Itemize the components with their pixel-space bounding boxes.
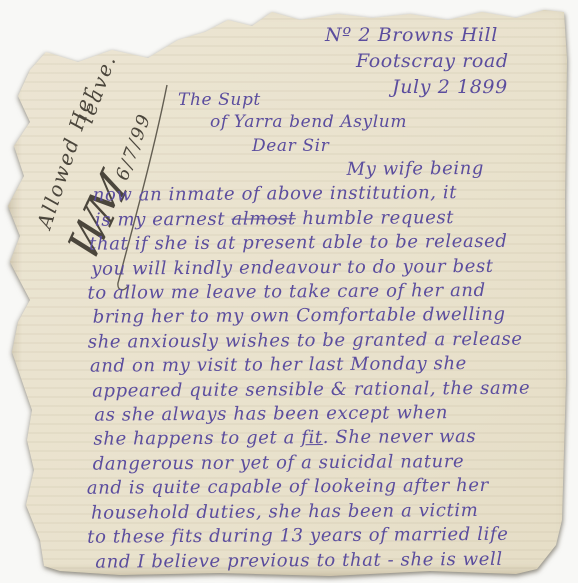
body-line: and on my visit to her last Monday she (90, 352, 572, 380)
body-line: and I believe previous to that - she is … (95, 547, 573, 575)
body-line: to allow me leave to take care of her an… (87, 278, 571, 306)
paper-shadow: Allowed Her leave. WM 6/7/99 Nº 2 Browns… (0, 0, 578, 583)
body-line: appeared quite sensible & rational, the … (92, 376, 572, 404)
body-line: My wife being (347, 156, 571, 182)
body-line: as she always has been except when (94, 400, 572, 428)
body-line: and is quite capable of lookeing after h… (87, 474, 573, 502)
struck-word: almost (231, 208, 296, 229)
address-line-1: Nº 2 Browns Hill (325, 24, 498, 46)
letter-date: July 2 1899 (392, 76, 508, 98)
recipient-superintendent: The Supt (178, 90, 261, 110)
salutation: Dear Sir (252, 136, 329, 156)
letter-paper: Allowed Her leave. WM 6/7/99 Nº 2 Browns… (0, 0, 578, 583)
body-line: now an inmate of above institution, it (93, 181, 571, 209)
body-line: household duties, she has been a victim (91, 498, 573, 526)
body-line: dangerous nor yet of a suicidal nature (93, 449, 573, 477)
underlined-word: fit (301, 428, 323, 449)
body-line: that if she is at present able to be rel… (89, 230, 571, 258)
body-line: is my earnest almost humble request (95, 205, 571, 233)
body-text: is my earnest (95, 208, 232, 230)
recipient-asylum: of Yarra bend Asylum (210, 112, 407, 132)
address-line-2: Footscray road (356, 50, 509, 72)
body-line: to these fits during 13 years of married… (87, 522, 573, 550)
letter-body: My wife being now an inmate of above ins… (85, 156, 574, 574)
body-line: she happens to get a fit. She never was (93, 425, 572, 453)
body-line: bring her to my own Comfortable dwelling (93, 303, 572, 331)
body-text: humble request (296, 207, 454, 229)
body-line: she anxiously wishes to be granted a rel… (88, 327, 572, 355)
scan-background: Allowed Her leave. WM 6/7/99 Nº 2 Browns… (0, 0, 578, 583)
body-line: you will kindly endeavour to do your bes… (91, 254, 571, 282)
body-text: . She never was (323, 426, 477, 448)
body-text: she happens to get a (93, 428, 301, 450)
